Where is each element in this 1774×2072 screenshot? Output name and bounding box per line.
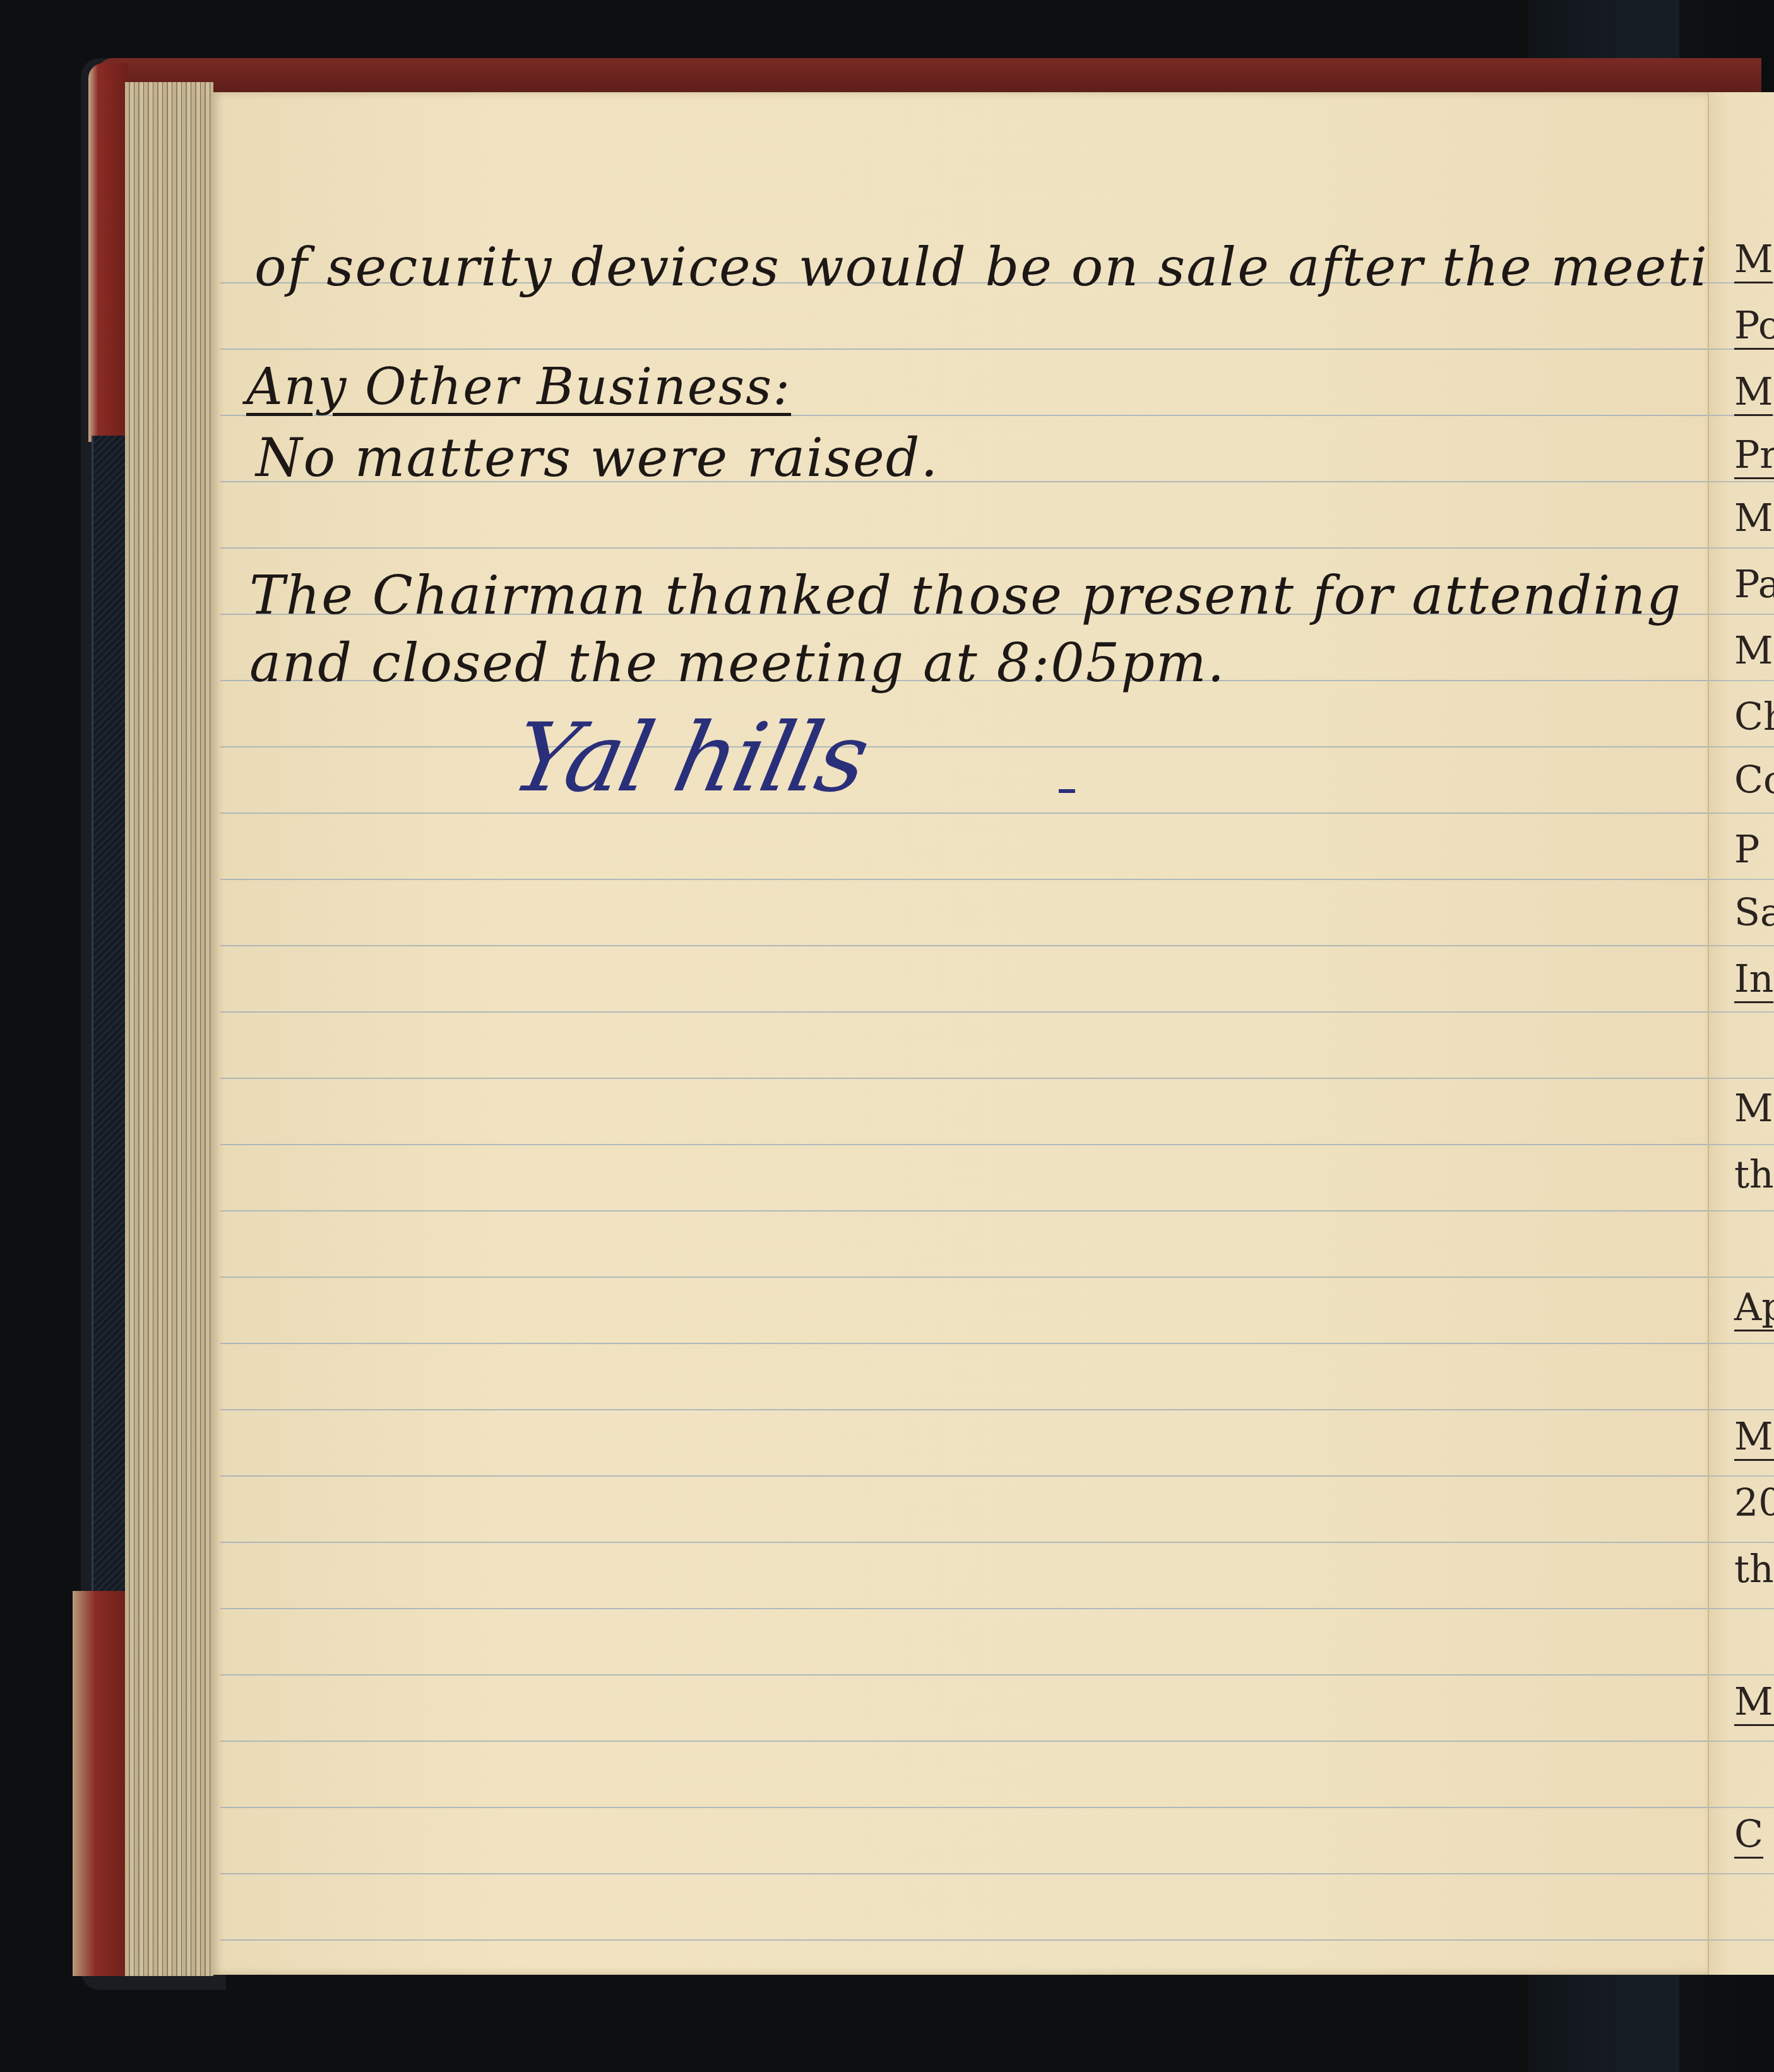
- ruled-line: [220, 1011, 1708, 1013]
- ruled-line: [220, 547, 1708, 549]
- ruled-line: [1709, 945, 1774, 946]
- facing-page-fragment: 20: [1734, 1481, 1774, 1525]
- minutes-line-closing-1: The Chairman thanked those present for a…: [249, 564, 1682, 626]
- ruled-line: [1709, 879, 1774, 880]
- ruled-line: [1709, 1409, 1774, 1410]
- facing-page-fragment: Ch: [1734, 695, 1774, 739]
- ruled-line: [220, 1807, 1708, 1808]
- ruled-line: [220, 879, 1708, 880]
- ruled-line: [220, 813, 1708, 814]
- ruled-line: [220, 1343, 1708, 1344]
- stacked-page-edges: [125, 82, 213, 1976]
- ruled-line: [1709, 1343, 1774, 1344]
- ruled-line: [220, 1277, 1708, 1278]
- ruled-line: [220, 945, 1708, 946]
- ruled-line: [1709, 1741, 1774, 1742]
- facing-page-fragment: Po: [1734, 304, 1774, 350]
- ruled-line: [1709, 1011, 1774, 1013]
- book-cover-red-corner-bottom: [73, 1591, 129, 1976]
- ruled-line: [220, 1608, 1708, 1609]
- ruled-line: [1709, 481, 1774, 482]
- ruled-line: [1709, 1608, 1774, 1609]
- ruled-line: [220, 1542, 1708, 1543]
- ruled-line: [1709, 1078, 1774, 1079]
- ruled-line: [220, 1409, 1708, 1410]
- facing-page-fragment: C: [1734, 1813, 1763, 1859]
- minutes-line-aob-body: No matters were raised.: [256, 427, 939, 489]
- ruled-line: [220, 1144, 1708, 1145]
- ruled-line: [1709, 1475, 1774, 1477]
- facing-page-fragment: Pr: [1734, 433, 1774, 479]
- ruled-line: [220, 1475, 1708, 1477]
- facing-page-fragment: M: [1734, 496, 1773, 540]
- ruled-line: [1709, 547, 1774, 549]
- ruled-line: [1709, 1674, 1774, 1676]
- ruled-line: [220, 1939, 1708, 1941]
- facing-page-fragment: th: [1734, 1153, 1774, 1197]
- ledger-page: of security devices would be on sale aft…: [211, 92, 1708, 1975]
- minutes-line-closing-2: and closed the meeting at 8:05pm.: [249, 632, 1225, 694]
- facing-page-fragment: Mr: [1734, 1087, 1774, 1131]
- ruled-line: [1709, 1210, 1774, 1212]
- ruled-line: [1709, 1144, 1774, 1145]
- facing-page-fragment: Ap: [1734, 1285, 1774, 1331]
- facing-page-fragment: Co: [1734, 758, 1774, 802]
- minutes-line-continuation: of security devices would be on sale aft…: [254, 236, 1774, 298]
- facing-page-fragment: Ma: [1734, 1680, 1774, 1726]
- facing-page-fragment: th: [1734, 1547, 1774, 1592]
- ruled-line: [220, 1078, 1708, 1079]
- ruled-line: [220, 1741, 1708, 1742]
- book-cover-red-edge-top: [95, 58, 1761, 95]
- ruled-line: [1709, 1542, 1774, 1543]
- section-heading-any-other-business: Any Other Business:: [246, 357, 791, 416]
- facing-page-fragment: M: [1734, 237, 1773, 283]
- ruled-line: [1709, 1277, 1774, 1278]
- ruled-line: [1709, 1939, 1774, 1941]
- ruled-line: [220, 348, 1708, 350]
- ruled-line: [1709, 813, 1774, 814]
- book-cover-cloth: [92, 436, 128, 1591]
- ruled-line: [1709, 746, 1774, 747]
- facing-page-fragment: M: [1734, 370, 1773, 416]
- facing-page-fragment: Mi: [1734, 1415, 1774, 1461]
- ruled-line: [1709, 1873, 1774, 1874]
- ruled-line: [1709, 1807, 1774, 1808]
- ruled-line: [220, 1873, 1708, 1874]
- ruled-line: [220, 1210, 1708, 1212]
- ruled-line: [220, 746, 1708, 747]
- ruled-line: [220, 1674, 1708, 1676]
- facing-page-fragment: P: [1734, 828, 1759, 872]
- signature-dash: [1059, 789, 1075, 793]
- facing-page-fragment: Sa: [1734, 891, 1774, 935]
- facing-page-fragment: In: [1734, 957, 1773, 1003]
- facing-page-fragment: Mr: [1734, 629, 1774, 673]
- ruled-line: [1709, 680, 1774, 681]
- book-cover-red-corner-top: [88, 63, 128, 442]
- facing-page-edge: MPoMPrMPaMrChCoPSaInMrthApMi20thMaC: [1708, 92, 1774, 1975]
- facing-page-fragment: Pa: [1734, 563, 1774, 607]
- ruled-line: [1709, 614, 1774, 615]
- chairman-signature: Yal hills: [503, 703, 876, 813]
